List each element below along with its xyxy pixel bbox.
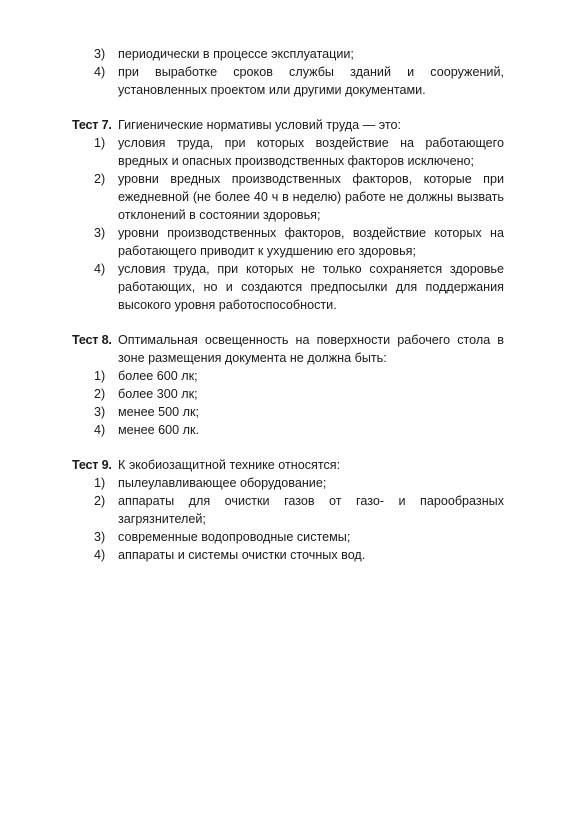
answer-option: 2) более 300 лк; xyxy=(72,385,504,403)
test-7: Тест 7. Гигиенические нормативы условий … xyxy=(72,116,504,314)
test-label: Тест 9. xyxy=(72,456,112,474)
answer-option: 4) менее 600 лк. xyxy=(72,421,504,439)
option-text: менее 500 лк; xyxy=(118,405,199,419)
option-text: современные водопроводные системы; xyxy=(118,530,350,544)
option-text: условия труда, при которых не только сох… xyxy=(118,262,504,312)
option-number: 3) xyxy=(94,528,114,546)
option-number: 2) xyxy=(94,170,114,188)
option-number: 4) xyxy=(94,421,114,439)
answer-option: 1) более 600 лк; xyxy=(72,367,504,385)
option-text: более 600 лк; xyxy=(118,369,198,383)
option-text: пылеулавливающее оборудование; xyxy=(118,476,326,490)
option-number: 3) xyxy=(94,224,114,242)
question-text: Оптимальная освещенность на поверхности … xyxy=(118,333,504,365)
answer-option: 3) современные водопроводные системы; xyxy=(72,528,504,546)
answer-option: 4) аппараты и системы очистки сточных во… xyxy=(72,546,504,564)
option-text: уровни производственных факторов, воздей… xyxy=(118,226,504,258)
question-text: Гигиенические нормативы условий труда — … xyxy=(118,118,401,132)
document-page: 3) периодически в процессе эксплуатации;… xyxy=(72,45,504,564)
test-question: Тест 8. Оптимальная освещенность на пове… xyxy=(72,331,504,367)
answer-option: 3) уровни производственных факторов, воз… xyxy=(72,224,504,260)
option-number: 4) xyxy=(94,260,114,278)
option-number: 3) xyxy=(94,45,114,63)
answer-option: 1) пылеулавливающее оборудование; xyxy=(72,474,504,492)
option-number: 2) xyxy=(94,385,114,403)
option-text: периодически в процессе эксплуатации; xyxy=(118,47,354,61)
answer-option: 3) менее 500 лк; xyxy=(72,403,504,421)
option-number: 1) xyxy=(94,367,114,385)
option-number: 4) xyxy=(94,63,114,81)
option-text: уровни вредных производственных факторов… xyxy=(118,172,504,222)
option-text: аппараты и системы очистки сточных вод. xyxy=(118,548,365,562)
answer-option: 2) уровни вредных производственных факто… xyxy=(72,170,504,224)
test-label: Тест 7. xyxy=(72,116,112,134)
option-number: 1) xyxy=(94,474,114,492)
option-text: более 300 лк; xyxy=(118,387,198,401)
test-9: Тест 9. К экобиозащитной технике относят… xyxy=(72,456,504,564)
option-text: условия труда, при которых воздействие н… xyxy=(118,136,504,168)
test-question: Тест 9. К экобиозащитной технике относят… xyxy=(72,456,504,474)
answer-option: 4) условия труда, при которых не только … xyxy=(72,260,504,314)
test-label: Тест 8. xyxy=(72,331,112,349)
option-number: 4) xyxy=(94,546,114,564)
option-text: аппараты для очистки газов от газо- и па… xyxy=(118,494,504,526)
answer-option: 4) при выработке сроков службы зданий и … xyxy=(72,63,504,99)
option-number: 1) xyxy=(94,134,114,152)
answer-option: 3) периодически в процессе эксплуатации; xyxy=(72,45,504,63)
test-question: Тест 7. Гигиенические нормативы условий … xyxy=(72,116,504,134)
answer-option: 2) аппараты для очистки газов от газо- и… xyxy=(72,492,504,528)
previous-test-continuation: 3) периодически в процессе эксплуатации;… xyxy=(72,45,504,99)
test-8: Тест 8. Оптимальная освещенность на пове… xyxy=(72,331,504,439)
option-number: 2) xyxy=(94,492,114,510)
option-number: 3) xyxy=(94,403,114,421)
answer-option: 1) условия труда, при которых воздействи… xyxy=(72,134,504,170)
question-text: К экобиозащитной технике относятся: xyxy=(118,458,340,472)
option-text: менее 600 лк. xyxy=(118,423,199,437)
option-text: при выработке сроков службы зданий и соо… xyxy=(118,65,504,97)
